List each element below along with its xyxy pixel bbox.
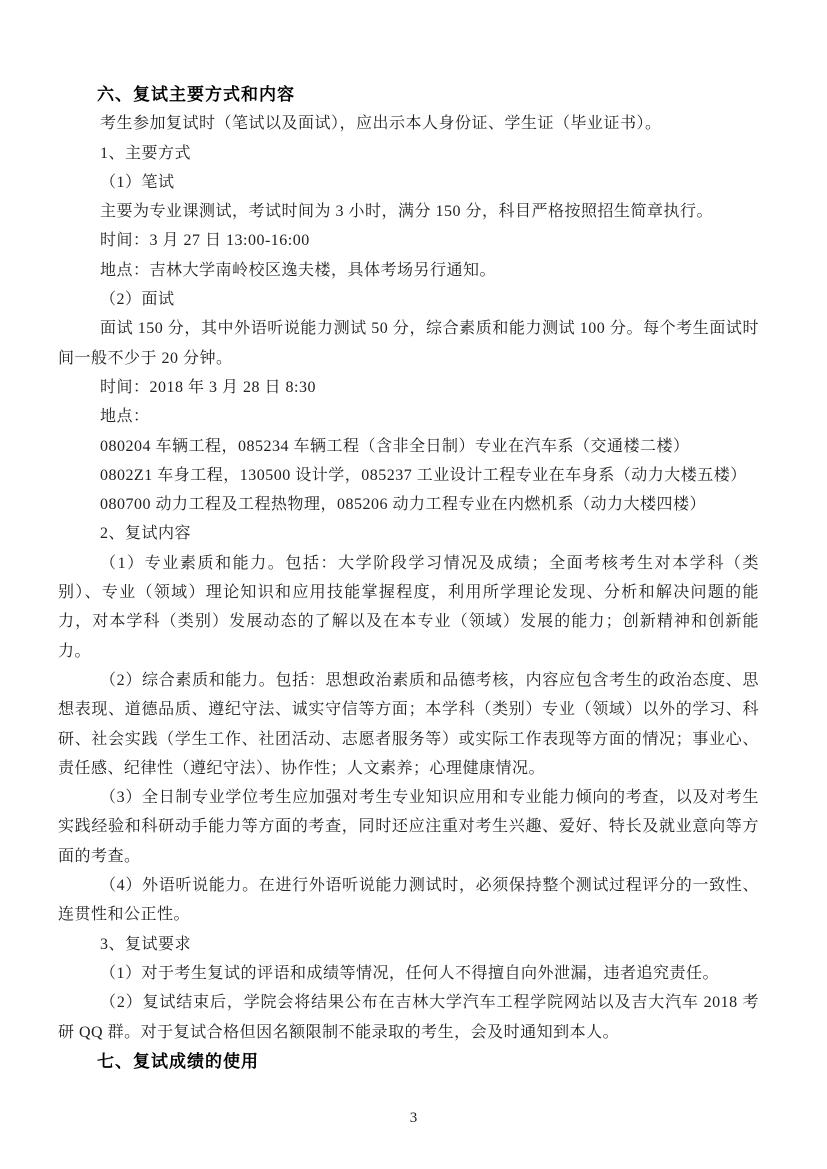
para-label-review-content: 2、复试内容 bbox=[58, 519, 759, 548]
para-label-main-methods: 1、主要方式 bbox=[58, 139, 759, 168]
para-requirement-results-publication: （2）复试结束后，学院会将结果公布在吉林大学汽车工程学院网站以及吉大汽车 201… bbox=[58, 988, 759, 1047]
para-location-vehicle-engineering: 080204 车辆工程，085234 车辆工程（含非全日制）专业在汽车系（交通楼… bbox=[58, 432, 759, 461]
para-label-written-test: （1）笔试 bbox=[58, 168, 759, 197]
para-content-foreign-language: （4）外语听说能力。在进行外语听说能力测试时，必须保持整个测试过程评分的一致性、… bbox=[58, 871, 759, 930]
para-location-power-engineering: 080700 动力工程及工程热物理，085206 动力工程专业在内燃机系（动力大… bbox=[58, 490, 759, 519]
para-label-interview: （2）面试 bbox=[58, 285, 759, 314]
page-number: 3 bbox=[0, 1110, 827, 1127]
section-heading-score-usage: 七、复试成绩的使用 bbox=[58, 1047, 759, 1076]
para-written-test-location: 地点：吉林大学南岭校区逸夫楼，具体考场另行通知。 bbox=[58, 256, 759, 285]
para-written-test-time: 时间：3 月 27 日 13:00-16:00 bbox=[58, 226, 759, 255]
document-page: 六、复试主要方式和内容 考生参加复试时（笔试以及面试），应出示本人身份证、学生证… bbox=[0, 0, 827, 1169]
document-body: 六、复试主要方式和内容 考生参加复试时（笔试以及面试），应出示本人身份证、学生证… bbox=[58, 80, 759, 1076]
para-interview-location-label: 地点： bbox=[58, 402, 759, 431]
section-heading-review-methods: 六、复试主要方式和内容 bbox=[58, 80, 759, 109]
para-interview-scoring: 面试 150 分，其中外语听说能力测试 50 分，综合素质和能力测试 100 分… bbox=[58, 314, 759, 373]
para-requirement-confidentiality: （1）对于考生复试的评语和成绩等情况，任何人不得擅自向外泄漏，违者追究责任。 bbox=[58, 959, 759, 988]
para-content-professional-quality: （1）专业素质和能力。包括：大学阶段学习情况及成绩；全面考核考生对本学科（类别）… bbox=[58, 549, 759, 666]
para-location-body-engineering: 0802Z1 车身工程，130500 设计学，085237 工业设计工程专业在车… bbox=[58, 461, 759, 490]
para-interview-time: 时间：2018 年 3 月 28 日 8:30 bbox=[58, 373, 759, 402]
para-label-review-requirements: 3、复试要求 bbox=[58, 930, 759, 959]
para-content-fulltime-professional: （3）全日制专业学位考生应加强对考生专业知识应用和专业能力倾向的考查，以及对考生… bbox=[58, 783, 759, 871]
para-written-test-details: 主要为专业课测试，考试时间为 3 小时，满分 150 分，科目严格按照招生简章执… bbox=[58, 197, 759, 226]
para-id-documents-requirement: 考生参加复试时（笔试以及面试），应出示本人身份证、学生证（毕业证书）。 bbox=[58, 109, 759, 138]
para-content-comprehensive-quality: （2）综合素质和能力。包括：思想政治素质和品德考核，内容应包含考生的政治态度、思… bbox=[58, 666, 759, 783]
